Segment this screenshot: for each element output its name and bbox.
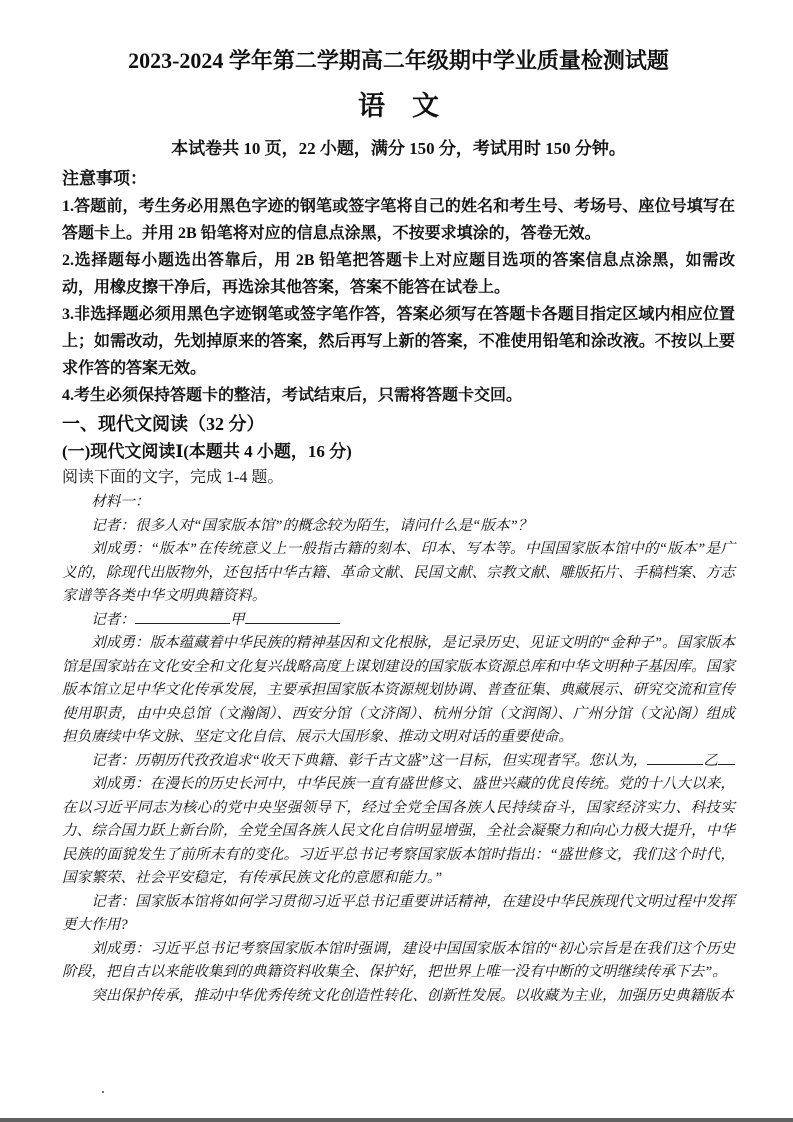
material-label: 材料一： (62, 491, 735, 515)
dialogue-blank-yi: 记者：历朝历代孜孜追求“收天下典籍、彰千古文盛”这一目标，但实现者罕。您认为，乙 (62, 750, 735, 774)
exam-title: 2023-2024 学年第二学期高二年级期中学业质量检测试题 (62, 46, 735, 76)
blank-jia-char: 甲 (230, 612, 245, 628)
subsection-heading-reading-1: (一)现代文阅读Ⅰ(本题共 4 小题，16 分) (62, 438, 735, 465)
dialogue-liuchengyong-1: 刘成勇：“版本”在传统意义上一般指古籍的刻本、印本、写本等。中国国家版本馆中的“… (62, 538, 735, 609)
notice-item-3: 3.非选择题必须用黑色字迹钢笔或签字笔作答，答案必须写在答题卡各题目指定区域内相… (62, 301, 735, 382)
blank-underline (135, 610, 230, 624)
exam-paper-page: 2023-2024 学年第二学期高二年级期中学业质量检测试题 语 文 本试卷共 … (0, 0, 793, 1122)
page-content: 2023-2024 学年第二学期高二年级期中学业质量检测试题 语 文 本试卷共 … (0, 0, 793, 1008)
reading-instruction: 阅读下面的文字，完成 1-4 题。 (62, 465, 735, 491)
material-last-line: 突出保护传承，推动中华优秀传统文化创造性转化、创新性发展。以收藏为主业，加强历史… (62, 985, 735, 1009)
blank-yi-text: 记者：历朝历代孜孜追求“收天下典籍、彰千古文盛”这一目标，但实现者罕。您认为， (91, 753, 647, 769)
dialogue-reporter-1: 记者：很多人对“国家版本馆”的概念较为陌生，请问什么是“版本”？ (62, 515, 735, 539)
dialogue-reporter-4: 记者：国家版本馆将如何学习贯彻习近平总书记重要讲话精神，在建设中华民族现代文明过… (62, 891, 735, 938)
blank-underline (647, 751, 703, 765)
blank-underline (718, 751, 735, 765)
dialogue-blank-jia: 记者：甲 (62, 609, 735, 633)
dialogue-liuchengyong-4: 刘成勇：习近平总书记考察国家版本馆时强调，建设中国国家版本馆的“初心宗旨是在我们… (62, 938, 735, 985)
notice-item-1: 1.答题前，考生务必用黑色字迹的钢笔或签字笔将自己的姓名和考生号、考场号、座位号… (62, 193, 735, 247)
exam-subject: 语 文 (62, 88, 735, 124)
blank-jia-label: 记者： (91, 612, 135, 628)
exam-info-line: 本试卷共 10 页，22 小题，满分 150 分，考试用时 150 分钟。 (62, 137, 735, 161)
blank-underline (245, 610, 340, 624)
notice-section: 注意事项： 1.答题前，考生务必用黑色字迹的钢笔或签字笔将自己的姓名和考生号、考… (62, 165, 735, 409)
dialogue-liuchengyong-3: 刘成勇：在漫长的历史长河中，中华民族一直有盛世修文、盛世兴藏的优良传统。党的十八… (62, 773, 735, 891)
notice-item-4: 4.考生必须保持答题卡的整洁，考试结束后，只需将答题卡交回。 (62, 382, 735, 409)
scan-artifact-dot (102, 1091, 104, 1093)
dialogue-liuchengyong-2: 刘成勇：版本蕴藏着中华民族的精神基因和文化根脉，是记录历史、见证文明的“金种子”… (62, 632, 735, 750)
section-heading-modern-reading: 一、现代文阅读（32 分） (62, 410, 735, 438)
material-one: 材料一： 记者：很多人对“国家版本馆”的概念较为陌生，请问什么是“版本”？ 刘成… (62, 491, 735, 1008)
notice-heading: 注意事项： (62, 165, 735, 193)
scan-bottom-edge-bar (0, 1118, 793, 1122)
blank-yi-char: 乙 (703, 753, 718, 769)
notice-item-2: 2.选择题每小题选出答靠后，用 2B 铅笔把答题卡上对应题目选项的答案信息点涂黑… (62, 247, 735, 301)
